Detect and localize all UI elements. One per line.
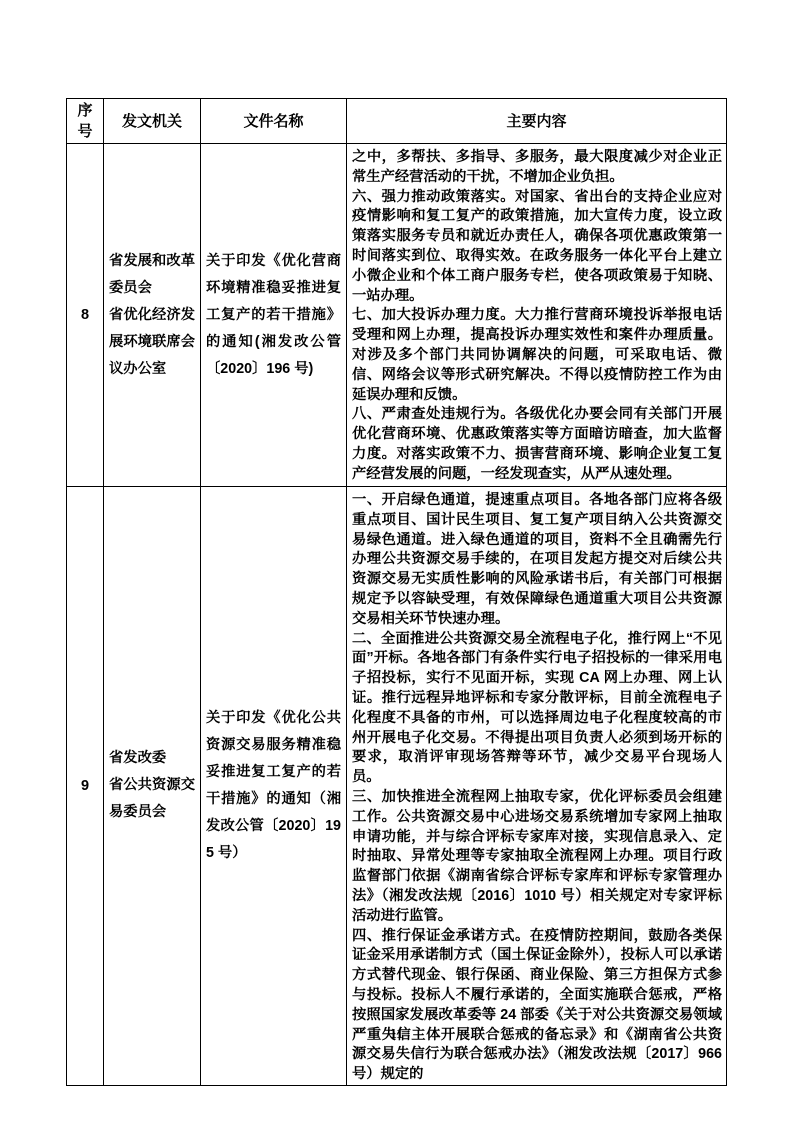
- agency-line: 省公共资源交易委员会: [109, 772, 195, 826]
- content-paragraph: 之中，多帮扶、多指导、多服务，最大限度减少对企业正常生产经营活动的干扰，不增加企…: [352, 148, 722, 188]
- content-paragraph: 四、推行保证金承诺方式。在疫情防控期间，鼓励各类保证金采用承诺制方式（国土保证金…: [352, 927, 722, 1085]
- doc-name-text: 关于印发《优化营商环境精准稳妥推进复工复产的若干措施》的通知(湘发改公管〔202…: [206, 248, 341, 383]
- content-paragraph: 六、强力推动政策落实。对国家、省出台的支持企业应对疫情影响和复工复产的政策措施，…: [352, 188, 722, 307]
- content-paragraph: 二、全面推进公共资源交易全流程电子化，推行网上“不见面”开标。各地各部门有条件实…: [352, 630, 722, 788]
- header-cell-agency: 发文机关: [104, 99, 201, 144]
- main-content-cell: 之中，多帮扶、多指导、多服务，最大限度减少对企业正常生产经营活动的干扰，不增加企…: [347, 144, 727, 487]
- doc-name-cell: 关于印发《优化营商环境精准稳妥推进复工复产的若干措施》的通知(湘发改公管〔202…: [201, 144, 347, 487]
- document-page: 序号 发文机关 文件名称 主要内容 8 省发展和改革委员会 省优化经济发展环境联…: [0, 0, 793, 1122]
- main-content-cell: 一、开启绿色通道，提速重点项目。各地各部门应将各级重点项目、国计民生项目、复工复…: [347, 487, 727, 1086]
- documents-table: 序号 发文机关 文件名称 主要内容 8 省发展和改革委员会 省优化经济发展环境联…: [66, 98, 727, 1086]
- header-cell-main-content: 主要内容: [347, 99, 727, 144]
- header-cell-no: 序号: [67, 99, 104, 144]
- row-number-cell: 9: [67, 487, 104, 1086]
- table-row: 8 省发展和改革委员会 省优化经济发展环境联席会议办公室 关于印发《优化营商环境…: [67, 144, 727, 487]
- agency-cell: 省发改委 省公共资源交易委员会: [104, 487, 201, 1086]
- content-paragraph: 八、严肃查处违规行为。各级优化办要会同有关部门开展优化营商环境、优惠政策落实等方…: [352, 405, 722, 484]
- content-paragraph: 三、加快推进全流程网上抽取专家，优化评标委员会组建工作。公共资源交易中心进场交易…: [352, 788, 722, 927]
- table-header-row: 序号 发文机关 文件名称 主要内容: [67, 99, 727, 144]
- page-number: 11: [0, 1027, 793, 1043]
- agency-line: 省发改委: [109, 745, 195, 772]
- agency-cell: 省发展和改革委员会 省优化经济发展环境联席会议办公室: [104, 144, 201, 487]
- content-paragraph: 七、加大投诉办理力度。大力推行营商环境投诉举报电话受理和网上办理，提高投诉办理实…: [352, 306, 722, 405]
- header-cell-doc-name: 文件名称: [201, 99, 347, 144]
- agency-line: 省发展和改革委员会: [109, 248, 195, 302]
- doc-name-text: 关于印发《优化公共资源交易服务精准稳妥推进复工复产的若干措施》的通知（湘发改公管…: [206, 705, 341, 867]
- row-number-cell: 8: [67, 144, 104, 487]
- content-paragraph: 一、开启绿色通道，提速重点项目。各地各部门应将各级重点项目、国计民生项目、复工复…: [352, 491, 722, 630]
- table-row: 9 省发改委 省公共资源交易委员会 关于印发《优化公共资源交易服务精准稳妥推进复…: [67, 487, 727, 1086]
- doc-name-cell: 关于印发《优化公共资源交易服务精准稳妥推进复工复产的若干措施》的通知（湘发改公管…: [201, 487, 347, 1086]
- agency-line: 省优化经济发展环境联席会议办公室: [109, 302, 195, 383]
